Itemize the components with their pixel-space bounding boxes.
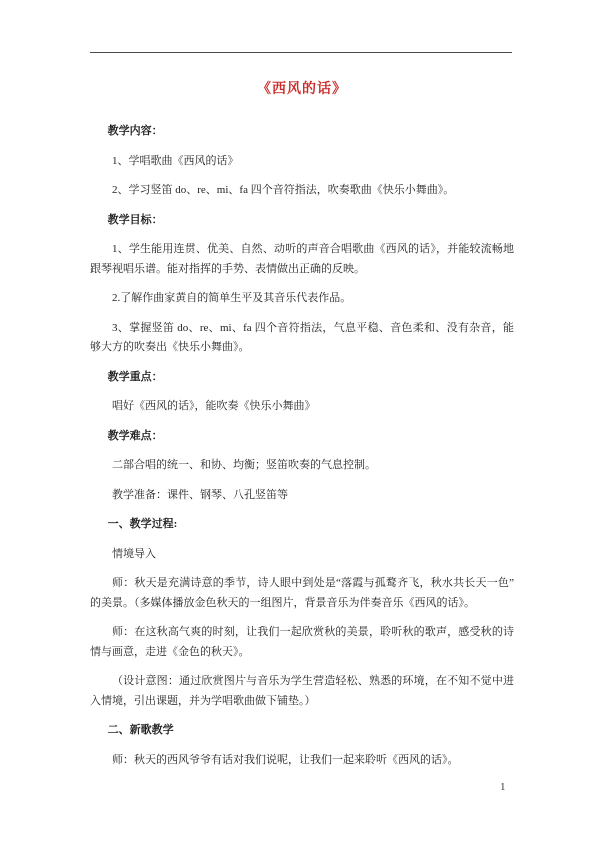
section-heading-teaching-goals: 教学目标： bbox=[90, 211, 514, 231]
paragraph: 1、学生能用连贯、优美、自然、动听的声音合唱歌曲《西风的话》，并能较流畅地跟琴视… bbox=[90, 240, 514, 279]
paragraph: 1、学唱歌曲《西风的话》 bbox=[90, 152, 514, 172]
document-content: 《西风的话》 教学内容： 1、学唱歌曲《西风的话》 2、学习竖笛 do、re、m… bbox=[90, 70, 514, 780]
paragraph: 师：在这秋高气爽的时刻，让我们一起欣赏秋的美景，聆听秋的歌声，感受秋的诗情与画意… bbox=[90, 623, 514, 662]
document-page: 《西风的话》 教学内容： 1、学唱歌曲《西风的话》 2、学习竖笛 do、re、m… bbox=[0, 0, 600, 849]
paragraph: 师：秋天是充满诗意的季节，诗人眼中到处是“落霞与孤鹜齐飞，秋水共长天一色”的美景… bbox=[90, 574, 514, 613]
paragraph: （设计意图：通过欣赏图片与音乐为学生营造轻松、熟悉的环境，在不知不觉中进入情境，… bbox=[90, 672, 514, 711]
page-number: 1 bbox=[500, 781, 506, 793]
section-heading-new-song: 二、新歌教学 bbox=[90, 721, 514, 741]
section-heading-teaching-content: 教学内容： bbox=[90, 122, 514, 142]
section-heading-difficulties: 教学难点： bbox=[90, 427, 514, 447]
paragraph: 情境导入 bbox=[90, 545, 514, 565]
paragraph: 2、学习竖笛 do、re、mi、fa 四个音符指法，吹奏歌曲《快乐小舞曲》。 bbox=[90, 181, 514, 201]
section-heading-teaching-process: 一、教学过程: bbox=[90, 515, 514, 535]
paragraph: 3、掌握竖笛 do、re、mi、fa 四个音符指法，气息平稳、音色柔和、没有杂音… bbox=[90, 319, 514, 358]
paragraph: 2.了解作曲家黄自的简单生平及其音乐代表作品。 bbox=[90, 289, 514, 309]
section-heading-key-points: 教学重点： bbox=[90, 368, 514, 388]
paragraph: 师：秋天的西风爷爷有话对我们说呢，让我们一起来聆听《西风的话》。 bbox=[90, 751, 514, 771]
paragraph: 二部合唱的统一、和协、均衡；竖笛吹奏的气息控制。 bbox=[90, 456, 514, 476]
document-title: 《西风的话》 bbox=[90, 78, 514, 98]
header-rule bbox=[90, 52, 512, 53]
paragraph: 教学准备：课件、钢琴、八孔竖笛等 bbox=[90, 486, 514, 506]
paragraph: 唱好《西风的话》，能吹奏《快乐小舞曲》 bbox=[90, 397, 514, 417]
